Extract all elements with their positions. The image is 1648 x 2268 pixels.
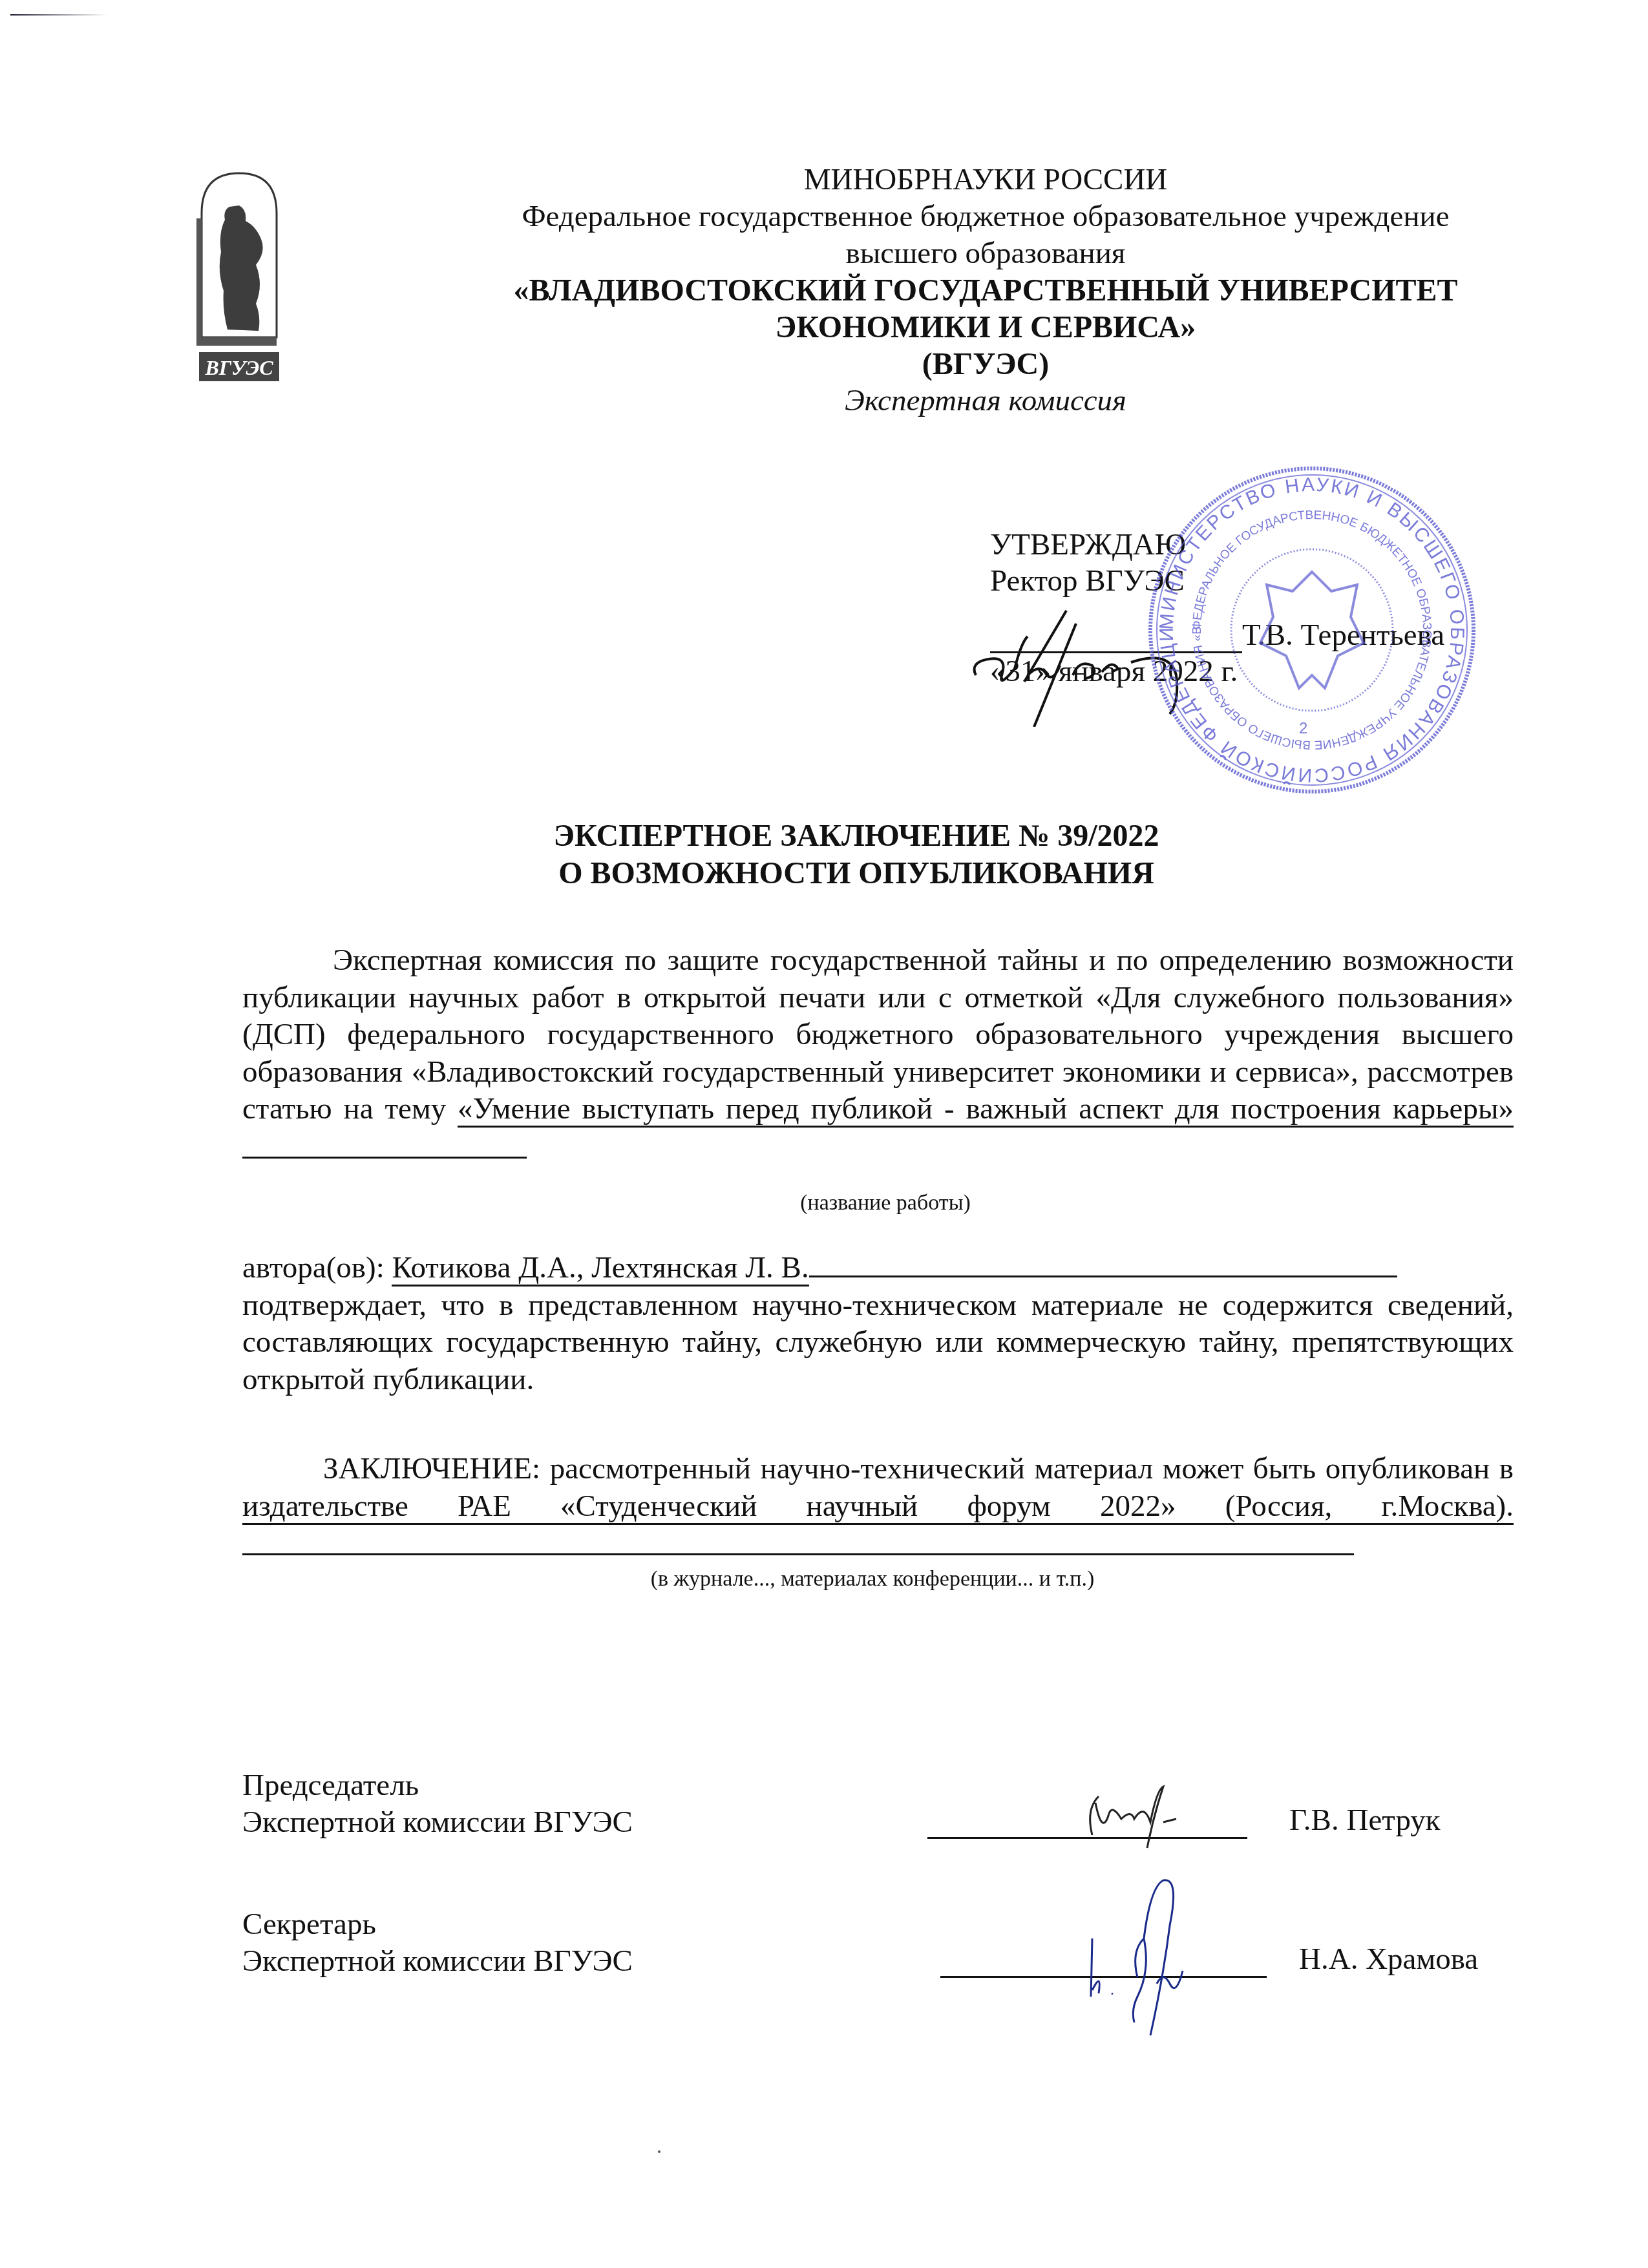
secretary-role: Секретарь: [242, 1906, 1514, 1943]
authors-paragraph: автора(ов): Котикова Д.А., Лехтянская Л.…: [242, 1247, 1514, 1398]
publication-fill-line: [242, 1525, 1354, 1555]
ministry-name: МИНОБРНАУКИ РОССИИ: [452, 162, 1519, 198]
rector-name: Т.В. Терентьева: [1242, 618, 1444, 652]
work-title-caption: (название работы): [763, 1191, 1008, 1215]
chairman-signature: [1073, 1783, 1189, 1858]
document-header: МИНОБРНАУКИ РОССИИ Федеральное государст…: [452, 162, 1519, 419]
chairman-role: Председатель: [242, 1767, 1514, 1804]
title-line-2: О ВОЗМОЖНОСТИ ОПУБЛИКОВАНИЯ: [226, 855, 1486, 892]
rector-signature: [963, 598, 1241, 727]
confirmation-text: подтверждает, что в представленном научн…: [242, 1287, 1514, 1399]
publication-value: издательстве РАЕ «Студенческий научный ф…: [242, 1489, 1514, 1525]
work-title-fill-line: [242, 1128, 527, 1159]
publication-caption: (в журнале..., материалах конференции...…: [582, 1567, 1163, 1591]
institution-type-2: высшего образования: [452, 235, 1519, 272]
authors-label: автора(ов):: [242, 1251, 385, 1285]
svg-text:ВГУЭС: ВГУЭС: [204, 356, 273, 379]
department-name: Экспертная комиссия: [452, 383, 1519, 419]
university-logo: ВГУЭС: [194, 168, 284, 388]
authors-value: Котикова Д.А., Лехтянская Л. В.: [392, 1251, 808, 1286]
university-abbr: (ВГУЭС): [452, 346, 1519, 383]
university-name-1: «ВЛАДИВОСТОКСКИЙ ГОСУДАРСТВЕННЫЙ УНИВЕРС…: [452, 272, 1519, 309]
conclusion-paragraph: ЗАКЛЮЧЕНИЕ: рассмотренный научно-техниче…: [242, 1451, 1514, 1565]
secretary-signature: [1073, 1874, 1202, 2045]
conclusion-text: рассмотренный научно-технический материа…: [550, 1452, 1514, 1486]
conclusion-label: ЗАКЛЮЧЕНИЕ:: [323, 1452, 540, 1486]
university-name-2: ЭКОНОМИКИ И СЕРВИСА»: [452, 309, 1519, 346]
chairman-name: Г.В. Петрук: [1289, 1803, 1441, 1838]
scan-speck: [658, 2150, 660, 2153]
authors-fill-line: [809, 1247, 1397, 1277]
svg-text:2: 2: [1299, 720, 1307, 737]
document-title: ЭКСПЕРТНОЕ ЗАКЛЮЧЕНИЕ № 39/2022 О ВОЗМОЖ…: [226, 817, 1486, 892]
scan-artifact-line: [10, 14, 107, 16]
secretary-name: Н.А. Храмова: [1299, 1942, 1478, 1977]
rector-position: Ректор ВГУЭС: [990, 563, 1444, 599]
approve-label: УТВЕРЖДАЮ: [990, 527, 1444, 563]
work-title: «Умение выступать перед публикой - важны…: [458, 1092, 1514, 1128]
title-line-1: ЭКСПЕРТНОЕ ЗАКЛЮЧЕНИЕ № 39/2022: [226, 817, 1486, 855]
intro-paragraph: Экспертная комиссия по защите государств…: [242, 942, 1514, 1168]
institution-type: Федеральное государственное бюджетное об…: [452, 198, 1519, 235]
